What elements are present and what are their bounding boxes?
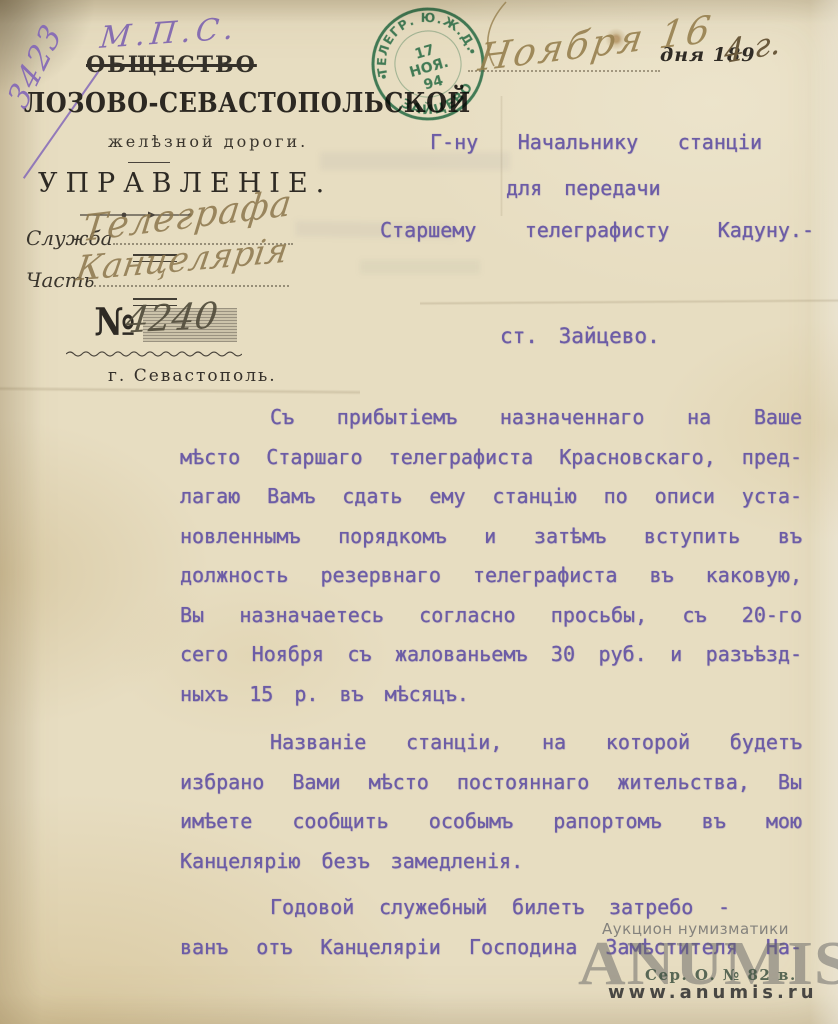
body-line: Канцелярію безъ замедленія. <box>180 842 802 882</box>
body-line: Съ прибытіемъ назначеннаго на Ваше <box>180 398 802 438</box>
addressee-line-2: для передачи <box>506 176 661 200</box>
body-line: лагаю Вамъ сдать ему станцію по описи ус… <box>180 477 802 517</box>
body-line: ныхъ 15 р. въ мѣсяцъ. <box>180 675 802 715</box>
addressee-line-1: Г-ну Начальнику станціи <box>430 130 762 154</box>
paper-crease <box>420 299 838 306</box>
body-line: Названіе станціи, на которой будетъ <box>180 723 802 763</box>
station-line: ст. Зайцево. <box>500 324 660 348</box>
handwritten-ministry-abbreviation: М.П.С. <box>98 11 240 56</box>
wavy-rule <box>66 350 242 358</box>
handwritten-document-number: 4240 <box>124 295 221 341</box>
ink-bleedthrough <box>320 152 510 170</box>
body-line: сего Ноября съ жалованьемъ 30 руб. и раз… <box>180 635 802 675</box>
handwritten-year-digit: 4 г. <box>724 23 781 72</box>
railway-subtitle: желѣзной дороги. <box>108 132 308 151</box>
scanned-letter-document: М.П.С. ОБЩЕСТВО 3423 ЛОЗОВО-СЕВАСТОПОЛЬС… <box>0 0 838 1024</box>
body-line: мѣсто Старшаго телеграфиста Красновскаго… <box>180 438 802 478</box>
body-line: новленнымъ порядкомъ и затѣмъ вступить в… <box>180 517 802 557</box>
city-line: г. Севастополь. <box>108 366 277 386</box>
addressee-line-3: Старшему телеграфисту Кадуну.- <box>380 218 814 242</box>
letter-body: Съ прибытіемъ назначеннаго на Ваше мѣсто… <box>180 398 802 967</box>
struck-out-society-word: ОБЩЕСТВО <box>86 52 257 78</box>
divider-rule <box>128 162 170 166</box>
watermark-url: www.anumis.ru <box>608 982 818 1003</box>
body-line: имѣете сообщить особымъ рапортомъ въ мою <box>180 802 802 842</box>
paper-crease <box>0 386 360 395</box>
ink-bleedthrough <box>360 260 480 274</box>
body-line: избрано Вами мѣсто постояннаго жительств… <box>180 763 802 803</box>
dotted-date-line <box>468 70 660 72</box>
body-line: должность резервнаго телеграфиста въ как… <box>180 556 802 596</box>
body-line: Вы назначаетесь согласно просьбы, съ 20-… <box>180 596 802 636</box>
